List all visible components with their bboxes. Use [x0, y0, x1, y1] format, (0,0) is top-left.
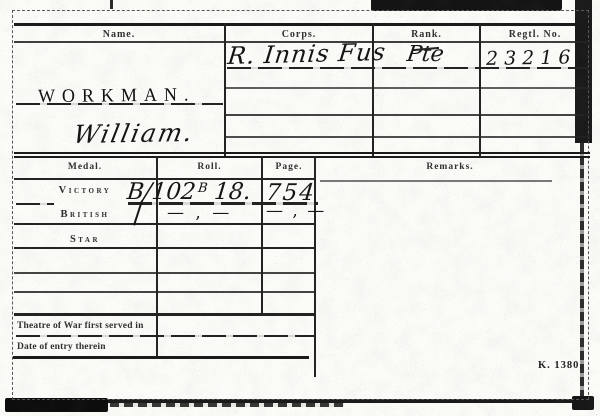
remarks-underline: [320, 180, 552, 182]
grid-line: [14, 247, 316, 249]
grid-line: [16, 335, 314, 337]
name-header-label: Name.: [14, 29, 224, 40]
grid-line: [226, 114, 590, 116]
scan-artifact-corner-tick: [110, 0, 113, 9]
grid-line: [16, 203, 54, 205]
section-divider: [14, 156, 590, 158]
grid-line: [226, 87, 590, 89]
medal-index-card-scan: Name. Corps. Rank. Regtl. No. Medal. Rol…: [0, 0, 600, 416]
roll-header-label: Roll.: [158, 162, 261, 172]
grid-line: [14, 291, 316, 293]
british-page-ditto: — , —: [266, 203, 326, 220]
corps-value-handwritten: R. Innis Fus: [226, 40, 387, 68]
roll-superscript: B: [197, 181, 208, 196]
star-medal-label: Star: [14, 234, 156, 245]
remarks-header-label: Remarks.: [330, 162, 570, 172]
grid-line: [14, 313, 316, 316]
forename-handwritten: William.: [71, 120, 196, 147]
rank-header-label: Rank.: [374, 29, 479, 40]
medal-header-label: Medal.: [14, 162, 156, 172]
surname-handwritten: WORKMAN.: [38, 84, 196, 108]
grid-line: [226, 136, 590, 138]
roll-main: B/102: [126, 179, 197, 205]
grid-line: [14, 23, 590, 26]
scan-artifact-bottom-left-blob: [5, 398, 108, 412]
table-bottom-line: [13, 356, 309, 359]
form-reference-number: K. 1380: [538, 360, 579, 371]
victory-roll-value: B/102B18.: [126, 181, 252, 204]
grid-line: [14, 223, 316, 225]
theatre-of-war-label: Theatre of War first served in: [17, 321, 144, 331]
regtl-no-header-label: Regtl. No.: [481, 29, 589, 40]
page-header-label: Page.: [263, 162, 315, 172]
section-divider: [14, 152, 590, 154]
regtl-no-value-handwritten: 23216.: [486, 48, 589, 69]
date-of-entry-label: Date of entry therein: [17, 342, 106, 352]
grid-line: [14, 272, 316, 274]
british-roll-ditto: — , —: [167, 205, 232, 222]
roll-rest: 18.: [213, 179, 252, 205]
